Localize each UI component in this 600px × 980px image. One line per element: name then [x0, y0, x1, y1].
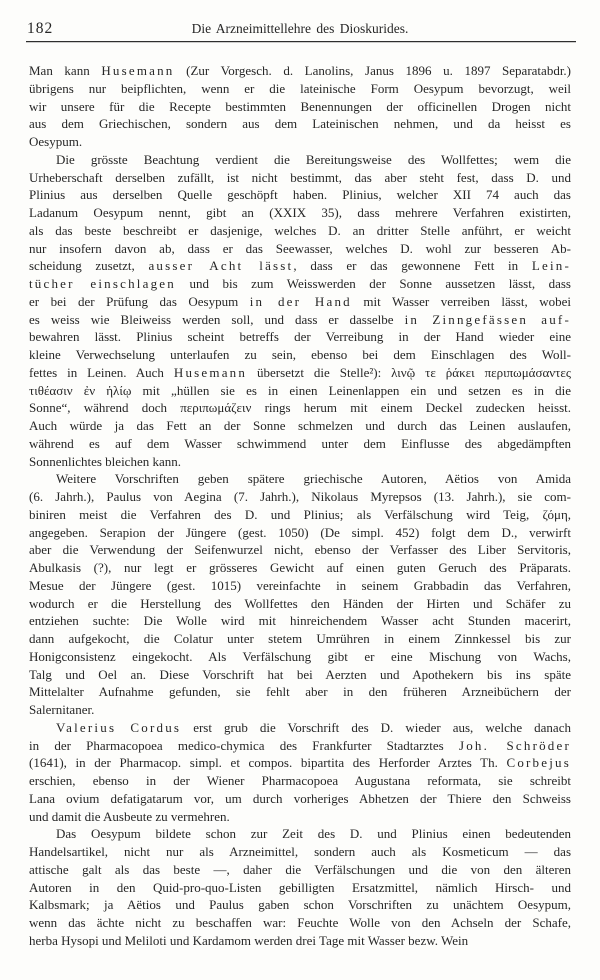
- text-line: Das Oesypum bildete schon zur Zeit des D…: [29, 825, 571, 843]
- text-segment: dann aufgekocht, die Colatur unter stete…: [29, 631, 571, 646]
- text-segment: Oesypum.: [29, 134, 82, 149]
- text-line: herba Hysopi und Meliloti und Kardamom w…: [29, 932, 571, 950]
- text-line: aber die Verwendung der Seifenwurzel nic…: [29, 541, 571, 559]
- text-segment: mit Wasser verreiben lässt, wobei: [352, 294, 571, 309]
- text-line: Sonne“, während doch περιπωμάζειν rings …: [29, 399, 571, 417]
- letterspaced-text: in der Hand: [250, 294, 352, 309]
- text-line: nur insofern davon ab, dass er das Seewa…: [29, 240, 571, 258]
- text-line: Ladanum Oesypum nennt, gibt an (XXIX 35)…: [29, 204, 571, 222]
- text-segment: biniren meist die Verfahren des D. und P…: [29, 507, 571, 522]
- text-segment: attische galt als das beste —, daher die…: [29, 862, 571, 877]
- text-line: erschien, ebenso in der Wiener Pharmacop…: [29, 772, 571, 790]
- text-segment: wodurch er die Herstellung des Wollfette…: [29, 596, 571, 611]
- letterspaced-text: Husemann: [174, 365, 247, 380]
- letterspaced-text: ausser Acht lässt: [148, 258, 293, 273]
- text-segment: erst grub die Vorschrift des D. wieder a…: [181, 720, 571, 735]
- text-line: Sonnenlichtes bleichen kann.: [29, 453, 571, 471]
- letterspaced-text: tücher einschlagen: [29, 276, 176, 291]
- text-line: bewahren lässt. Plinius scheint betreffs…: [29, 328, 571, 346]
- text-segment: erschien, ebenso in der Wiener Pharmacop…: [29, 773, 571, 788]
- letterspaced-text: Corbejus: [506, 755, 571, 770]
- text-line: attische galt als das beste —, daher die…: [29, 861, 571, 879]
- text-line: Valerius Cordus erst grub die Vorschrift…: [29, 719, 571, 737]
- text-segment: (1641), in der Pharmacop. simpl. et comp…: [29, 755, 506, 770]
- text-line: (1641), in der Pharmacop. simpl. et comp…: [29, 754, 571, 772]
- text-line: fettes in Leinen. Auch Husemann übersetz…: [29, 364, 571, 382]
- text-segment: bewahren lässt. Plinius scheint betreffs…: [29, 329, 571, 344]
- text-line: Plinius aus derselben Quelle geschöpft h…: [29, 186, 571, 204]
- text-line: während es auf dem Wasser schwimmend unt…: [29, 435, 571, 453]
- text-line: aus dem Griechischen, sondern aus dem La…: [29, 115, 571, 133]
- text-segment: Kalbsmark; ja Aëtios und Paulus gaben sc…: [29, 897, 571, 912]
- text-line: Auch würde ja das Fett an der Sonne schm…: [29, 417, 571, 435]
- text-line: kleine Verwechselung unterlaufen zu sein…: [29, 346, 571, 364]
- text-line: es weiss wie Bleiweiss werden soll, und …: [29, 311, 571, 329]
- text-line: Mittelalter Aufnahme gefunden, sie fehlt…: [29, 683, 571, 701]
- text-segment: wenn das ächte nicht zu beschaffen war: …: [29, 915, 571, 930]
- letterspaced-text: Valerius Cordus: [56, 720, 181, 735]
- book-page: 182 Die Arzneimittellehre des Dioskuride…: [0, 0, 600, 980]
- text-segment: angegeben. Serapion der Jüngere (gest. 1…: [29, 525, 571, 540]
- text-segment: kleine Verwechselung unterlaufen zu sein…: [29, 347, 571, 362]
- text-line: Salernitaner.: [29, 701, 571, 719]
- text-line: wodurch er die Herstellung des Wollfette…: [29, 595, 571, 613]
- text-segment: entziehen suchte: Die Wolle wird mit hin…: [29, 613, 571, 628]
- text-line: Die grösste Beachtung verdient die Berei…: [29, 151, 571, 169]
- header-rule: [26, 41, 576, 42]
- text-segment: er bei der Prüfung das Oesypum: [29, 294, 250, 309]
- text-segment: (6. Jahrh.), Paulus von Aegina (7. Jahrh…: [29, 489, 571, 504]
- text-segment: Abulkasis (?), nur legt er grösseres Gew…: [29, 560, 571, 575]
- text-segment: aus dem Griechischen, sondern aus dem La…: [29, 116, 571, 131]
- text-segment: Sonne“, während doch περιπωμάζειν rings …: [29, 400, 571, 415]
- text-line: Mesue der Jüngere (gest. 1015) vereinfac…: [29, 577, 571, 595]
- text-segment: Plinius aus derselben Quelle geschöpft h…: [29, 187, 571, 202]
- text-line: biniren meist die Verfahren des D. und P…: [29, 506, 571, 524]
- letterspaced-text: in Zinngefässen auf-: [405, 312, 571, 327]
- page-body: Man kann Husemann (Zur Vorgesch. d. Lano…: [29, 62, 571, 950]
- text-line: wir unsere für die Recepte bestimmten Be…: [29, 98, 571, 116]
- text-segment: Honigconsistenz eingekocht. Als Verfälsc…: [29, 649, 571, 664]
- text-line: Autoren in den Quid-pro-quo-Listen gebil…: [29, 879, 571, 897]
- text-segment: und bis zum Weisswerden der Sonne ausset…: [176, 276, 571, 291]
- text-segment: aber die Verwendung der Seifenwurzel nic…: [29, 542, 571, 557]
- text-line: als das beste beschreibt er dasjenige, w…: [29, 222, 571, 240]
- text-line: Kalbsmark; ja Aëtios und Paulus gaben sc…: [29, 896, 571, 914]
- text-segment: Salernitaner.: [29, 702, 94, 717]
- text-segment: Urheberschaft derselben zufällt, ist nic…: [29, 170, 571, 185]
- text-segment: herba Hysopi und Meliloti und Kardamom w…: [29, 933, 468, 948]
- text-line: er bei der Prüfung das Oesypum in der Ha…: [29, 293, 571, 311]
- text-segment: , dass er das gewonnene Fett in: [293, 258, 531, 273]
- text-line: Man kann Husemann (Zur Vorgesch. d. Lano…: [29, 62, 571, 80]
- text-segment: nur insofern davon ab, dass er das Seewa…: [29, 241, 571, 256]
- text-segment: τιθέασιν ἐν ἡλίῳ mit „hüllen sie es in e…: [29, 383, 571, 398]
- text-line: und damit die Ausbeute zu vermehren.: [29, 808, 571, 826]
- text-line: Abulkasis (?), nur legt er grösseres Gew…: [29, 559, 571, 577]
- text-line: entziehen suchte: Die Wolle wird mit hin…: [29, 612, 571, 630]
- text-segment: wir unsere für die Recepte bestimmten Be…: [29, 99, 571, 114]
- text-line: tücher einschlagen und bis zum Weisswerd…: [29, 275, 571, 293]
- text-segment: Man kann: [29, 63, 101, 78]
- text-segment: (Zur Vorgesch. d. Lanolins, Janus 1896 u…: [175, 63, 572, 78]
- text-line: Lana ovium defatigatarum vor, um durch v…: [29, 790, 571, 808]
- text-segment: scheidung zusetzt,: [29, 258, 148, 273]
- text-segment: Das Oesypum bildete schon zur Zeit des D…: [56, 826, 571, 841]
- text-segment: Autoren in den Quid-pro-quo-Listen gebil…: [29, 880, 571, 895]
- text-segment: und damit die Ausbeute zu vermehren.: [29, 809, 230, 824]
- text-segment: Sonnenlichtes bleichen kann.: [29, 454, 181, 469]
- text-line: scheidung zusetzt, ausser Acht lässt, da…: [29, 257, 571, 275]
- text-line: Handelsartikel, nicht nur als Arzneimitt…: [29, 843, 571, 861]
- letterspaced-text: Husemann: [101, 63, 174, 78]
- text-segment: als das beste beschreibt er dasjenige, w…: [29, 223, 571, 238]
- text-segment: Mittelalter Aufnahme gefunden, sie fehlt…: [29, 684, 571, 699]
- text-line: dann aufgekocht, die Colatur unter stete…: [29, 630, 571, 648]
- text-line: wenn das ächte nicht zu beschaffen war: …: [29, 914, 571, 932]
- text-line: Weitere Vorschriften geben spätere griec…: [29, 470, 571, 488]
- text-line: (6. Jahrh.), Paulus von Aegina (7. Jahrh…: [29, 488, 571, 506]
- letterspaced-text: Lein-: [532, 258, 571, 273]
- text-line: in der Pharmacopoea medico-chymica des F…: [29, 737, 571, 755]
- text-segment: es weiss wie Bleiweiss werden soll, und …: [29, 312, 405, 327]
- running-title: Die Arzneimittellehre des Dioskurides.: [27, 21, 573, 37]
- text-line: Talg und Oel an. Diese Vorschrift hat be…: [29, 666, 571, 684]
- text-segment: übersetzt die Stelle²): λινῷ τε ῥάκει πε…: [247, 365, 571, 380]
- text-line: τιθέασιν ἐν ἡλίῳ mit „hüllen sie es in e…: [29, 382, 571, 400]
- text-segment: Talg und Oel an. Diese Vorschrift hat be…: [29, 667, 571, 682]
- letterspaced-text: Joh. Schröder: [459, 738, 571, 753]
- text-segment: Lana ovium defatigatarum vor, um durch v…: [29, 791, 571, 806]
- text-line: übrigens nur beipflichten, wenn er die l…: [29, 80, 571, 98]
- text-segment: Die grösste Beachtung verdient die Berei…: [56, 152, 571, 167]
- text-segment: in der Pharmacopoea medico-chymica des F…: [29, 738, 459, 753]
- text-line: angegeben. Serapion der Jüngere (gest. 1…: [29, 524, 571, 542]
- text-segment: Weitere Vorschriften geben spätere griec…: [56, 471, 571, 486]
- text-segment: Ladanum Oesypum nennt, gibt an (XXIX 35)…: [29, 205, 571, 220]
- text-segment: während es auf dem Wasser schwimmend unt…: [29, 436, 571, 451]
- text-line: Oesypum.: [29, 133, 571, 151]
- text-segment: Mesue der Jüngere (gest. 1015) vereinfac…: [29, 578, 571, 593]
- text-line: Honigconsistenz eingekocht. Als Verfälsc…: [29, 648, 571, 666]
- page-header: 182 Die Arzneimittellehre des Dioskuride…: [27, 19, 573, 39]
- text-segment: übrigens nur beipflichten, wenn er die l…: [29, 81, 571, 96]
- text-line: Urheberschaft derselben zufällt, ist nic…: [29, 169, 571, 187]
- text-segment: Handelsartikel, nicht nur als Arzneimitt…: [29, 844, 571, 859]
- text-segment: fettes in Leinen. Auch: [29, 365, 174, 380]
- text-segment: Auch würde ja das Fett an der Sonne schm…: [29, 418, 571, 433]
